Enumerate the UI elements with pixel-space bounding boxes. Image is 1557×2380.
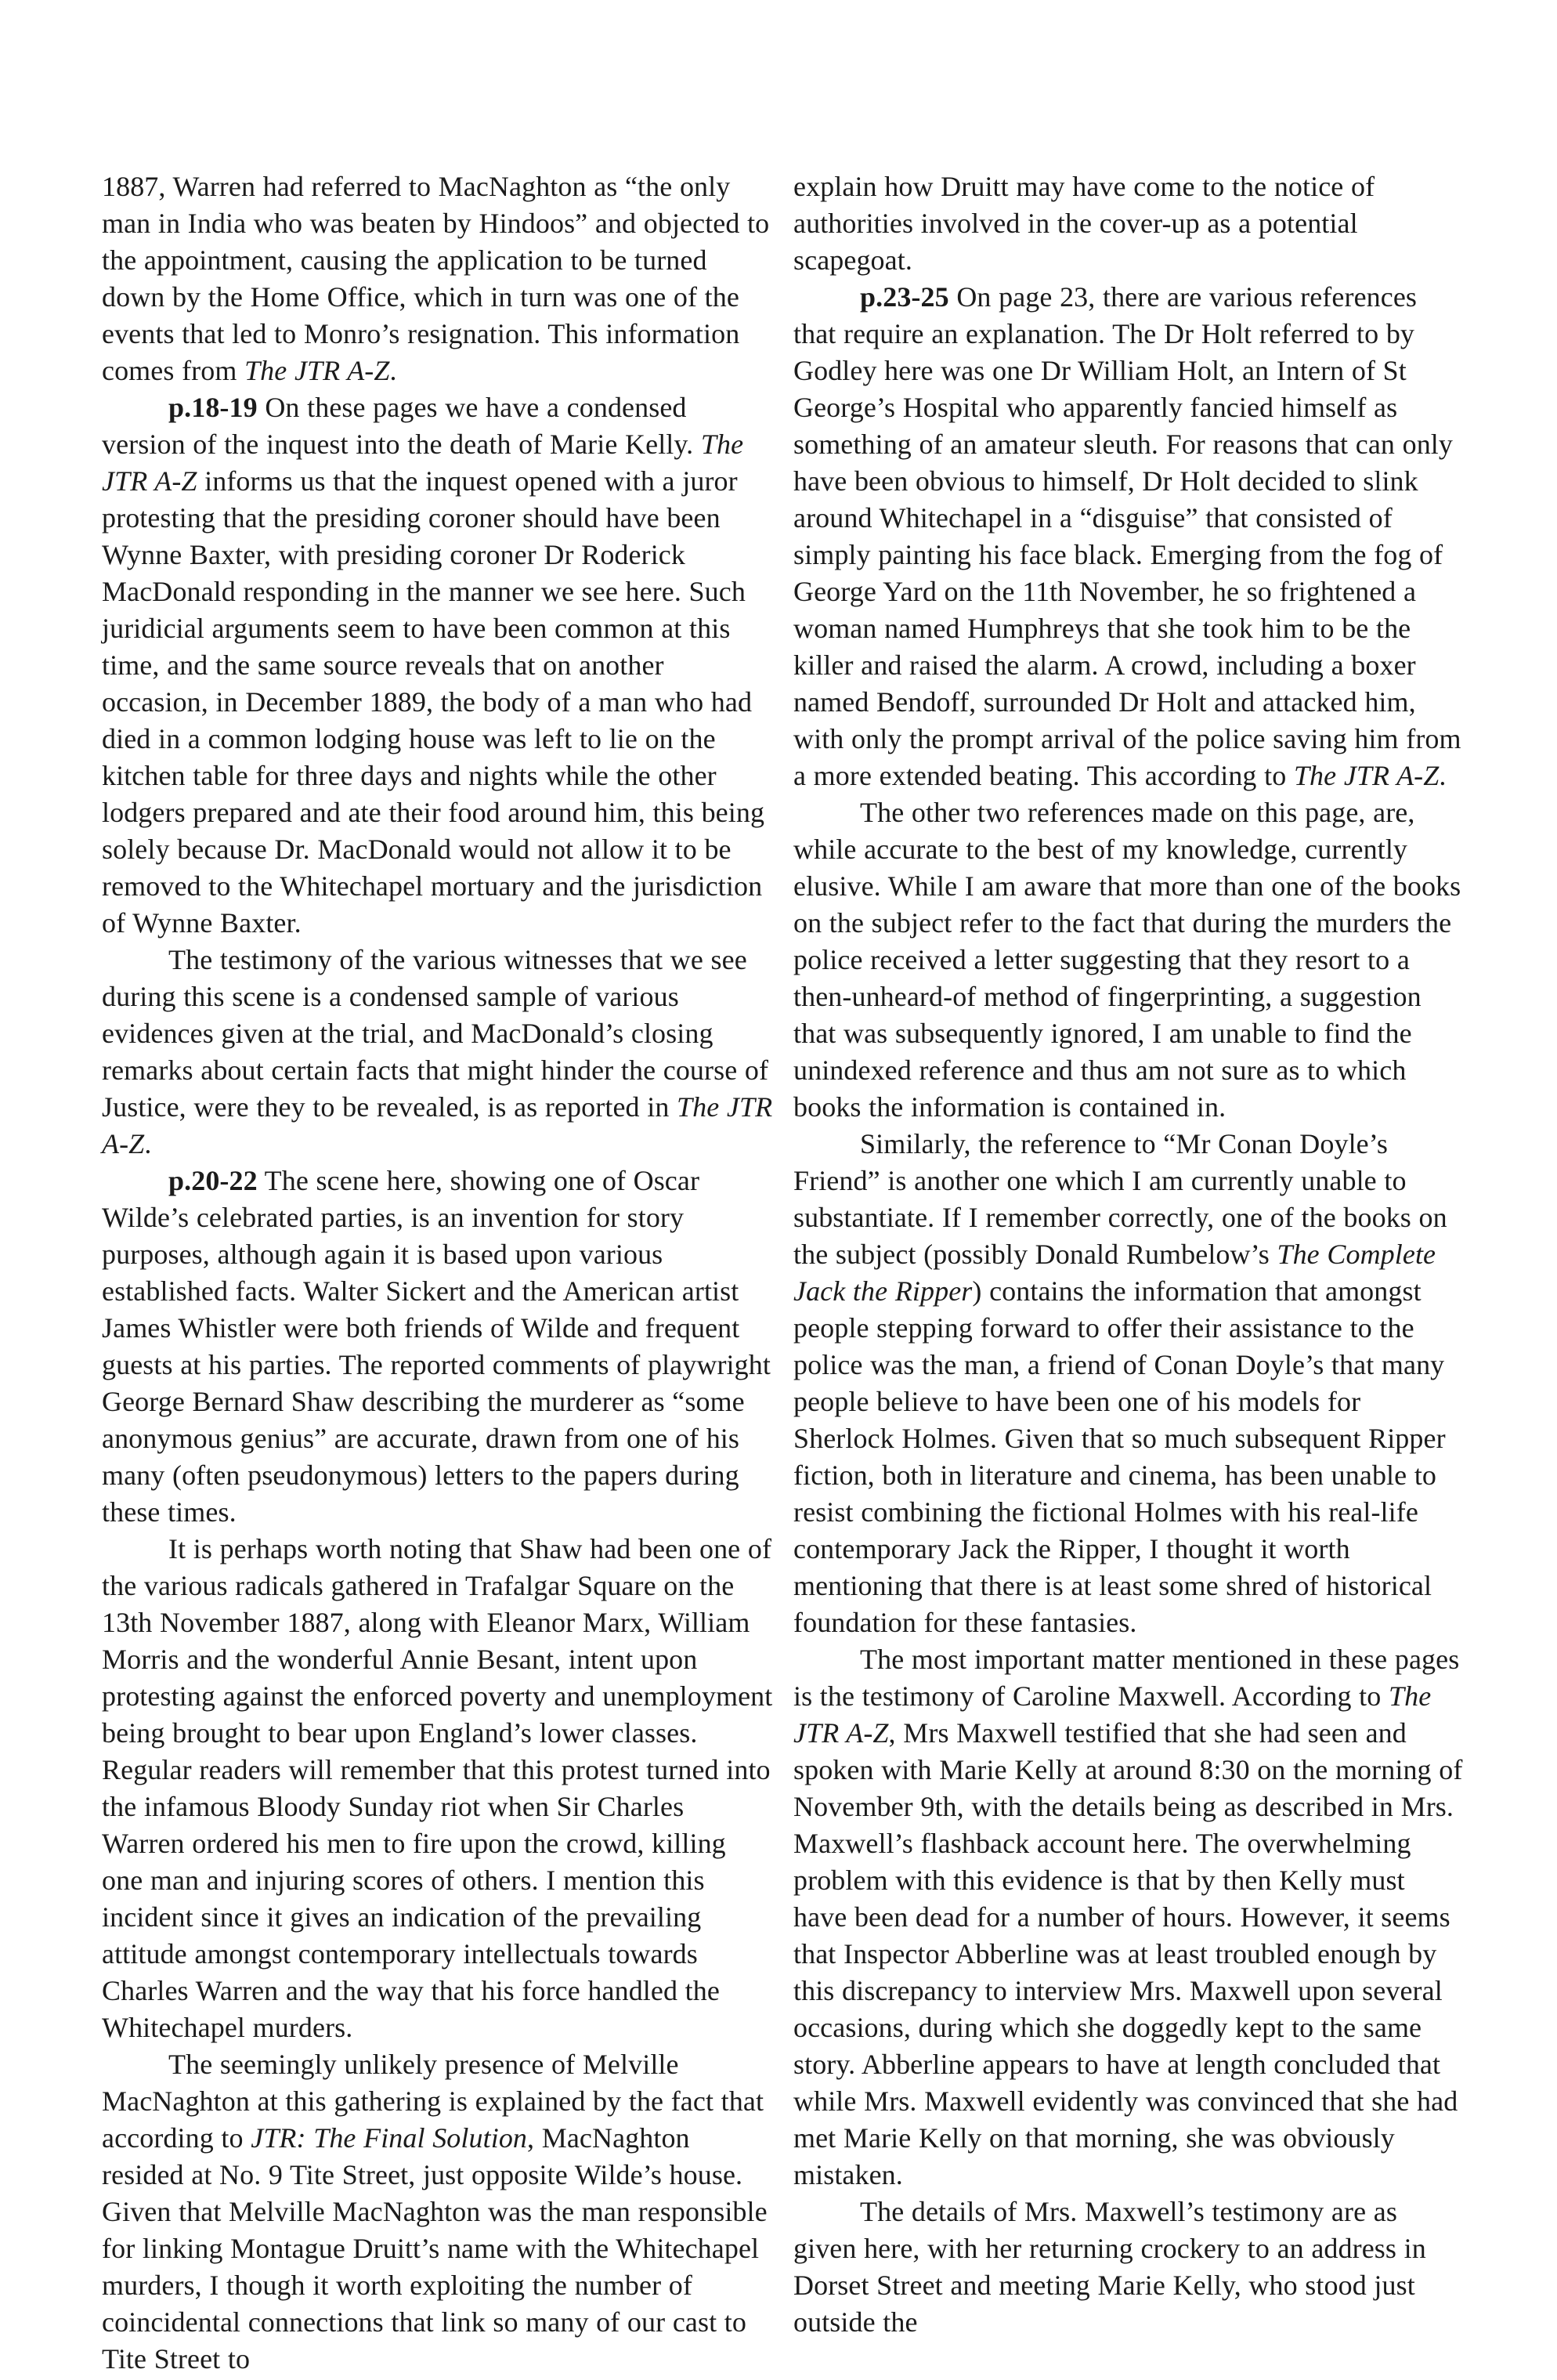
paragraph: 1887, Warren had referred to MacNaghton … (102, 168, 773, 389)
paragraph: It is perhaps worth noting that Shaw had… (102, 1531, 773, 2046)
paragraph: p.23-25 On page 23, there are various re… (793, 279, 1465, 794)
paragraph: p.20-22 The scene here, showing one of O… (102, 1163, 773, 1531)
page-reference-label: p.23-25 (860, 281, 949, 313)
text-run: The details of Mrs. Maxwell’s testimony … (793, 2196, 1426, 2338)
text-run: The other two references made on this pa… (793, 797, 1461, 1123)
paragraph: The seemingly unlikely presence of Melvi… (102, 2046, 773, 2378)
document-page: 1887, Warren had referred to MacNaghton … (0, 0, 1557, 2380)
text-run: . (144, 1128, 151, 1159)
paragraph: p.18-19 On these pages we have a condens… (102, 389, 773, 942)
paragraph: The most important matter mentioned in t… (793, 1641, 1465, 2194)
text-run: It is perhaps worth noting that Shaw had… (102, 1533, 772, 2043)
book-title: JTR: The Final Solution (251, 2122, 527, 2154)
text-run: 1887, Warren had referred to MacNaghton … (102, 171, 769, 386)
paragraph: explain how Druitt may have come to the … (793, 168, 1465, 279)
text-run: The most important matter mentioned in t… (793, 1644, 1459, 1712)
right-column: explain how Druitt may have come to the … (793, 168, 1465, 2286)
book-title: The JTR A-Z (1294, 760, 1439, 791)
text-run: . (1439, 760, 1446, 791)
page-reference-label: p.20-22 (168, 1165, 258, 1196)
text-run: On page 23, there are various references… (793, 281, 1461, 791)
text-run: ) contains the information that amongst … (793, 1275, 1446, 1638)
text-run: The testimony of the various witnesses t… (102, 944, 768, 1123)
paragraph: The details of Mrs. Maxwell’s testimony … (793, 2194, 1465, 2341)
text-run: , MacNaghton resided at No. 9 Tite Stree… (102, 2122, 768, 2375)
text-run: , Mrs Maxwell testified that she had see… (793, 1717, 1462, 2190)
paragraph: The testimony of the various witnesses t… (102, 942, 773, 1163)
text-run: The scene here, showing one of Oscar Wil… (102, 1165, 771, 1528)
left-column: 1887, Warren had referred to MacNaghton … (102, 168, 773, 2286)
text-run: explain how Druitt may have come to the … (793, 171, 1375, 276)
page-reference-label: p.18-19 (168, 392, 258, 423)
book-title: The JTR A-Z (244, 355, 389, 386)
text-run: informs us that the inquest opened with … (102, 465, 764, 939)
paragraph: The other two references made on this pa… (793, 794, 1465, 1126)
paragraph: Similarly, the reference to “Mr Conan Do… (793, 1126, 1465, 1641)
text-run: . (390, 355, 397, 386)
